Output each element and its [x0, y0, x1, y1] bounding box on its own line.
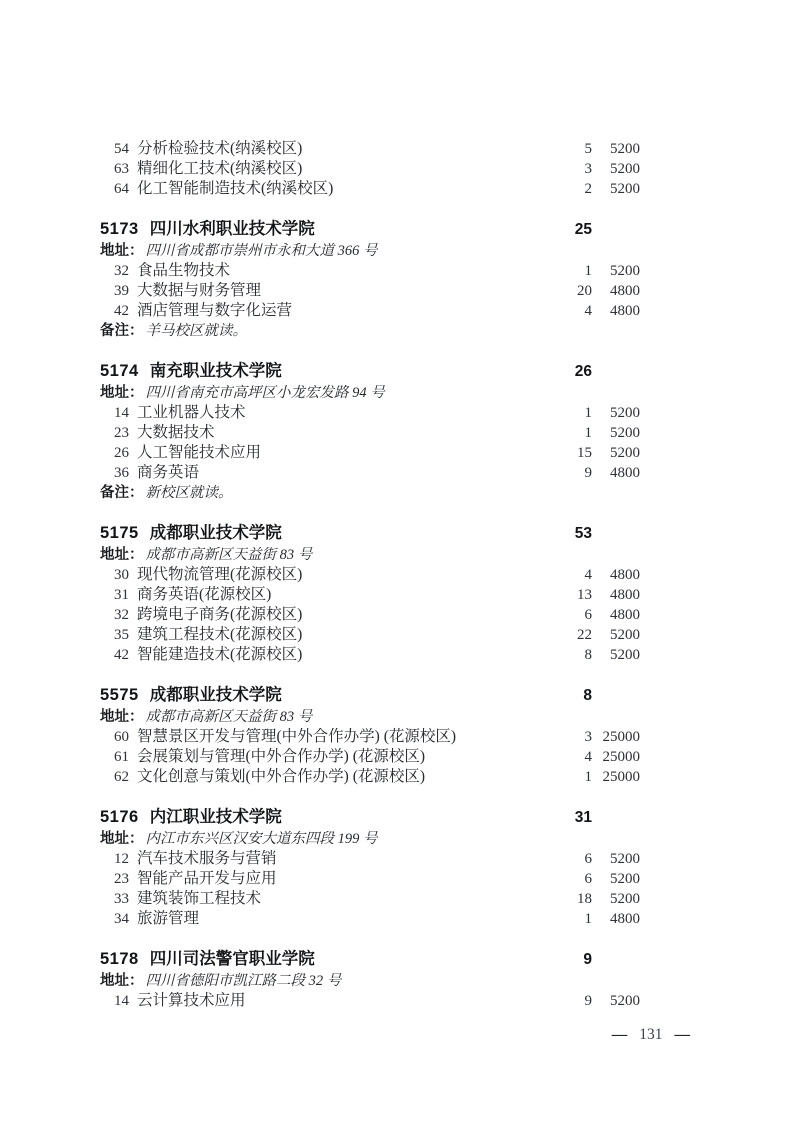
- major-tuition-fee: 5200: [592, 849, 640, 869]
- school-name: 南充职业技术学院: [150, 359, 558, 383]
- major-row: 33 建筑装饰工程技术 18 5200: [100, 889, 640, 909]
- major-name: 化工智能制造技术(纳溪校区): [137, 179, 558, 199]
- school-plan-count: 26: [558, 360, 592, 384]
- major-code: 42: [108, 645, 129, 665]
- address-label: 地址：: [100, 971, 144, 991]
- major-tuition-fee: 5200: [592, 159, 640, 179]
- school-header: 5575 成都职业技术学院 8: [100, 683, 640, 707]
- major-plan-count: 6: [558, 849, 592, 869]
- major-name: 文化创意与策划(中外合作办学) (花源校区): [137, 767, 558, 787]
- major-tuition-fee: 4800: [592, 585, 640, 605]
- major-name: 大数据技术: [137, 423, 558, 443]
- major-tuition-fee: 25000: [592, 747, 640, 767]
- address-label: 地址：: [100, 383, 144, 403]
- remark-label: 备注：: [100, 483, 144, 503]
- school-block: 5175 成都职业技术学院 53 地址： 成都市高新区天益街 83 号 30 现…: [100, 521, 640, 665]
- major-row: 32 食品生物技术 1 5200: [100, 261, 640, 281]
- continuation-major-rows: 54 分析检验技术(纳溪校区) 5 5200 63 精细化工技术(纳溪校区) 3…: [100, 139, 640, 199]
- major-row: 31 商务英语(花源校区) 13 4800: [100, 585, 640, 605]
- major-name: 汽车技术服务与营销: [137, 849, 558, 869]
- major-plan-count: 6: [558, 869, 592, 889]
- major-plan-count: 6: [558, 605, 592, 625]
- major-code: 42: [108, 301, 129, 321]
- major-row: 14 工业机器人技术 1 5200: [100, 403, 640, 423]
- major-plan-count: 4: [558, 301, 592, 321]
- remark-label: 备注：: [100, 321, 144, 341]
- major-plan-count: 9: [558, 463, 592, 483]
- major-code: 62: [108, 767, 129, 787]
- major-row: 23 智能产品开发与应用 6 5200: [100, 869, 640, 889]
- major-row: 35 建筑工程技术(花源校区) 22 5200: [100, 625, 640, 645]
- school-address-line: 地址： 内江市东兴区汉安大道东四段 199 号: [100, 829, 640, 849]
- major-tuition-fee: 5200: [592, 139, 640, 159]
- enrollment-list: 54 分析检验技术(纳溪校区) 5 5200 63 精细化工技术(纳溪校区) 3…: [100, 139, 640, 1011]
- major-plan-count: 1: [558, 909, 592, 929]
- major-code: 32: [108, 605, 129, 625]
- major-row: 42 酒店管理与数字化运营 4 4800: [100, 301, 640, 321]
- major-name: 跨境电子商务(花源校区): [137, 605, 558, 625]
- major-tuition-fee: 4800: [592, 281, 640, 301]
- major-name: 智慧景区开发与管理(中外合作办学) (花源校区): [137, 727, 558, 747]
- major-name: 智能产品开发与应用: [137, 869, 558, 889]
- major-plan-count: 9: [558, 991, 592, 1011]
- remark-value: 羊马校区就读。: [146, 321, 248, 341]
- address-value: 内江市东兴区汉安大道东四段 199 号: [146, 829, 378, 849]
- major-tuition-fee: 5200: [592, 443, 640, 463]
- address-value: 四川省成都市崇州市永和大道 366 号: [146, 241, 378, 261]
- school-block: 5178 四川司法警官职业学院 9 地址： 四川省德阳市凯江路二段 32 号 1…: [100, 947, 640, 1011]
- address-value: 四川省南充市高坪区小龙宏发路 94 号: [146, 383, 385, 403]
- major-row: 54 分析检验技术(纳溪校区) 5 5200: [100, 139, 640, 159]
- school-plan-count: 25: [558, 218, 592, 242]
- major-row: 62 文化创意与策划(中外合作办学) (花源校区) 1 25000: [100, 767, 640, 787]
- major-code: 12: [108, 849, 129, 869]
- school-code: 5174: [100, 359, 139, 383]
- major-tuition-fee: 5200: [592, 179, 640, 199]
- major-code: 14: [108, 403, 129, 423]
- major-plan-count: 1: [558, 403, 592, 423]
- school-name: 四川水利职业技术学院: [150, 217, 558, 241]
- major-row: 34 旅游管理 1 4800: [100, 909, 640, 929]
- major-row: 64 化工智能制造技术(纳溪校区) 2 5200: [100, 179, 640, 199]
- major-code: 23: [108, 869, 129, 889]
- major-row: 30 现代物流管理(花源校区) 4 4800: [100, 565, 640, 585]
- school-block: 5176 内江职业技术学院 31 地址： 内江市东兴区汉安大道东四段 199 号…: [100, 805, 640, 929]
- major-code: 35: [108, 625, 129, 645]
- page-number-footer: — 131 —: [612, 1026, 690, 1044]
- major-name: 云计算技术应用: [137, 991, 558, 1011]
- school-remark-line: 备注： 羊马校区就读。: [100, 321, 640, 341]
- major-plan-count: 18: [558, 889, 592, 909]
- major-plan-count: 22: [558, 625, 592, 645]
- school-block: 5173 四川水利职业技术学院 25 地址： 四川省成都市崇州市永和大道 366…: [100, 217, 640, 341]
- major-plan-count: 2: [558, 179, 592, 199]
- major-list: 14 云计算技术应用 9 5200: [100, 991, 640, 1011]
- address-value: 成都市高新区天益街 83 号: [146, 545, 313, 565]
- address-label: 地址：: [100, 241, 144, 261]
- major-plan-count: 3: [558, 159, 592, 179]
- major-row: 60 智慧景区开发与管理(中外合作办学) (花源校区) 3 25000: [100, 727, 640, 747]
- major-tuition-fee: 4800: [592, 605, 640, 625]
- school-code: 5575: [100, 683, 139, 707]
- major-code: 31: [108, 585, 129, 605]
- school-header: 5174 南充职业技术学院 26: [100, 359, 640, 383]
- school-header: 5178 四川司法警官职业学院 9: [100, 947, 640, 971]
- major-name: 会展策划与管理(中外合作办学) (花源校区): [137, 747, 558, 767]
- school-name: 内江职业技术学院: [150, 805, 558, 829]
- major-tuition-fee: 5200: [592, 645, 640, 665]
- school-block: 5575 成都职业技术学院 8 地址： 成都市高新区天益街 83 号 60 智慧…: [100, 683, 640, 787]
- major-row: 61 会展策划与管理(中外合作办学) (花源校区) 4 25000: [100, 747, 640, 767]
- school-remark-line: 备注： 新校区就读。: [100, 483, 640, 503]
- major-row: 12 汽车技术服务与营销 6 5200: [100, 849, 640, 869]
- major-tuition-fee: 4800: [592, 463, 640, 483]
- major-plan-count: 20: [558, 281, 592, 301]
- major-tuition-fee: 5200: [592, 889, 640, 909]
- major-tuition-fee: 5200: [592, 261, 640, 281]
- school-header: 5173 四川水利职业技术学院 25: [100, 217, 640, 241]
- major-tuition-fee: 5200: [592, 403, 640, 423]
- major-plan-count: 5: [558, 139, 592, 159]
- major-list: 60 智慧景区开发与管理(中外合作办学) (花源校区) 3 25000 61 会…: [100, 727, 640, 787]
- major-tuition-fee: 4800: [592, 909, 640, 929]
- major-plan-count: 4: [558, 565, 592, 585]
- major-row: 23 大数据技术 1 5200: [100, 423, 640, 443]
- major-name: 商务英语(花源校区): [137, 585, 558, 605]
- major-code: 30: [108, 565, 129, 585]
- major-plan-count: 1: [558, 423, 592, 443]
- document-page: 54 分析检验技术(纳溪校区) 5 5200 63 精细化工技术(纳溪校区) 3…: [0, 0, 794, 1123]
- major-row: 63 精细化工技术(纳溪校区) 3 5200: [100, 159, 640, 179]
- major-name: 旅游管理: [137, 909, 558, 929]
- address-label: 地址：: [100, 545, 144, 565]
- major-plan-count: 13: [558, 585, 592, 605]
- major-plan-count: 3: [558, 727, 592, 747]
- school-address-line: 地址： 成都市高新区天益街 83 号: [100, 545, 640, 565]
- major-code: 36: [108, 463, 129, 483]
- major-list: 32 食品生物技术 1 5200 39 大数据与财务管理 20 4800 42 …: [100, 261, 640, 321]
- major-plan-count: 1: [558, 261, 592, 281]
- major-name: 工业机器人技术: [137, 403, 558, 423]
- major-code: 33: [108, 889, 129, 909]
- major-tuition-fee: 5200: [592, 869, 640, 889]
- major-code: 39: [108, 281, 129, 301]
- major-list: 12 汽车技术服务与营销 6 5200 23 智能产品开发与应用 6 5200 …: [100, 849, 640, 929]
- school-address-line: 地址： 四川省南充市高坪区小龙宏发路 94 号: [100, 383, 640, 403]
- school-plan-count: 31: [558, 806, 592, 830]
- major-plan-count: 4: [558, 747, 592, 767]
- school-name: 成都职业技术学院: [150, 683, 558, 707]
- footer-dash: —: [612, 1026, 628, 1044]
- major-plan-count: 8: [558, 645, 592, 665]
- major-list: 30 现代物流管理(花源校区) 4 4800 31 商务英语(花源校区) 13 …: [100, 565, 640, 665]
- footer-page-number: 131: [639, 1026, 662, 1044]
- address-label: 地址：: [100, 707, 144, 727]
- school-plan-count: 9: [558, 948, 592, 972]
- major-tuition-fee: 25000: [592, 727, 640, 747]
- major-plan-count: 15: [558, 443, 592, 463]
- address-value: 四川省德阳市凯江路二段 32 号: [146, 971, 342, 991]
- address-label: 地址：: [100, 829, 144, 849]
- school-header: 5175 成都职业技术学院 53: [100, 521, 640, 545]
- major-code: 63: [108, 159, 129, 179]
- major-code: 61: [108, 747, 129, 767]
- major-name: 智能建造技术(花源校区): [137, 645, 558, 665]
- major-row: 26 人工智能技术应用 15 5200: [100, 443, 640, 463]
- major-row: 14 云计算技术应用 9 5200: [100, 991, 640, 1011]
- major-tuition-fee: 5200: [592, 625, 640, 645]
- major-name: 食品生物技术: [137, 261, 558, 281]
- major-name: 精细化工技术(纳溪校区): [137, 159, 558, 179]
- major-code: 32: [108, 261, 129, 281]
- school-plan-count: 53: [558, 522, 592, 546]
- major-code: 23: [108, 423, 129, 443]
- major-tuition-fee: 4800: [592, 565, 640, 585]
- major-code: 26: [108, 443, 129, 463]
- school-code: 5176: [100, 805, 139, 829]
- major-name: 建筑工程技术(花源校区): [137, 625, 558, 645]
- school-address-line: 地址： 成都市高新区天益街 83 号: [100, 707, 640, 727]
- major-tuition-fee: 5200: [592, 991, 640, 1011]
- major-row: 32 跨境电子商务(花源校区) 6 4800: [100, 605, 640, 625]
- major-code: 64: [108, 179, 129, 199]
- major-code: 60: [108, 727, 129, 747]
- major-list: 14 工业机器人技术 1 5200 23 大数据技术 1 5200 26 人工智…: [100, 403, 640, 483]
- school-name: 四川司法警官职业学院: [150, 947, 558, 971]
- major-name: 建筑装饰工程技术: [137, 889, 558, 909]
- major-code: 34: [108, 909, 129, 929]
- major-row: 36 商务英语 9 4800: [100, 463, 640, 483]
- school-blocks: 5173 四川水利职业技术学院 25 地址： 四川省成都市崇州市永和大道 366…: [100, 217, 640, 1011]
- major-name: 分析检验技术(纳溪校区): [137, 139, 558, 159]
- major-plan-count: 1: [558, 767, 592, 787]
- major-name: 人工智能技术应用: [137, 443, 558, 463]
- major-name: 商务英语: [137, 463, 558, 483]
- major-code: 54: [108, 139, 129, 159]
- major-tuition-fee: 4800: [592, 301, 640, 321]
- address-value: 成都市高新区天益街 83 号: [146, 707, 313, 727]
- major-tuition-fee: 5200: [592, 423, 640, 443]
- school-code: 5178: [100, 947, 139, 971]
- school-code: 5173: [100, 217, 139, 241]
- major-name: 大数据与财务管理: [137, 281, 558, 301]
- major-row: 39 大数据与财务管理 20 4800: [100, 281, 640, 301]
- school-address-line: 地址： 四川省成都市崇州市永和大道 366 号: [100, 241, 640, 261]
- major-name: 酒店管理与数字化运营: [137, 301, 558, 321]
- remark-value: 新校区就读。: [146, 483, 233, 503]
- school-block: 5174 南充职业技术学院 26 地址： 四川省南充市高坪区小龙宏发路 94 号…: [100, 359, 640, 503]
- major-name: 现代物流管理(花源校区): [137, 565, 558, 585]
- footer-dash: —: [675, 1026, 691, 1044]
- school-code: 5175: [100, 521, 139, 545]
- major-tuition-fee: 25000: [592, 767, 640, 787]
- school-name: 成都职业技术学院: [150, 521, 558, 545]
- school-plan-count: 8: [558, 684, 592, 708]
- school-address-line: 地址： 四川省德阳市凯江路二段 32 号: [100, 971, 640, 991]
- major-row: 42 智能建造技术(花源校区) 8 5200: [100, 645, 640, 665]
- school-header: 5176 内江职业技术学院 31: [100, 805, 640, 829]
- major-code: 14: [108, 991, 129, 1011]
